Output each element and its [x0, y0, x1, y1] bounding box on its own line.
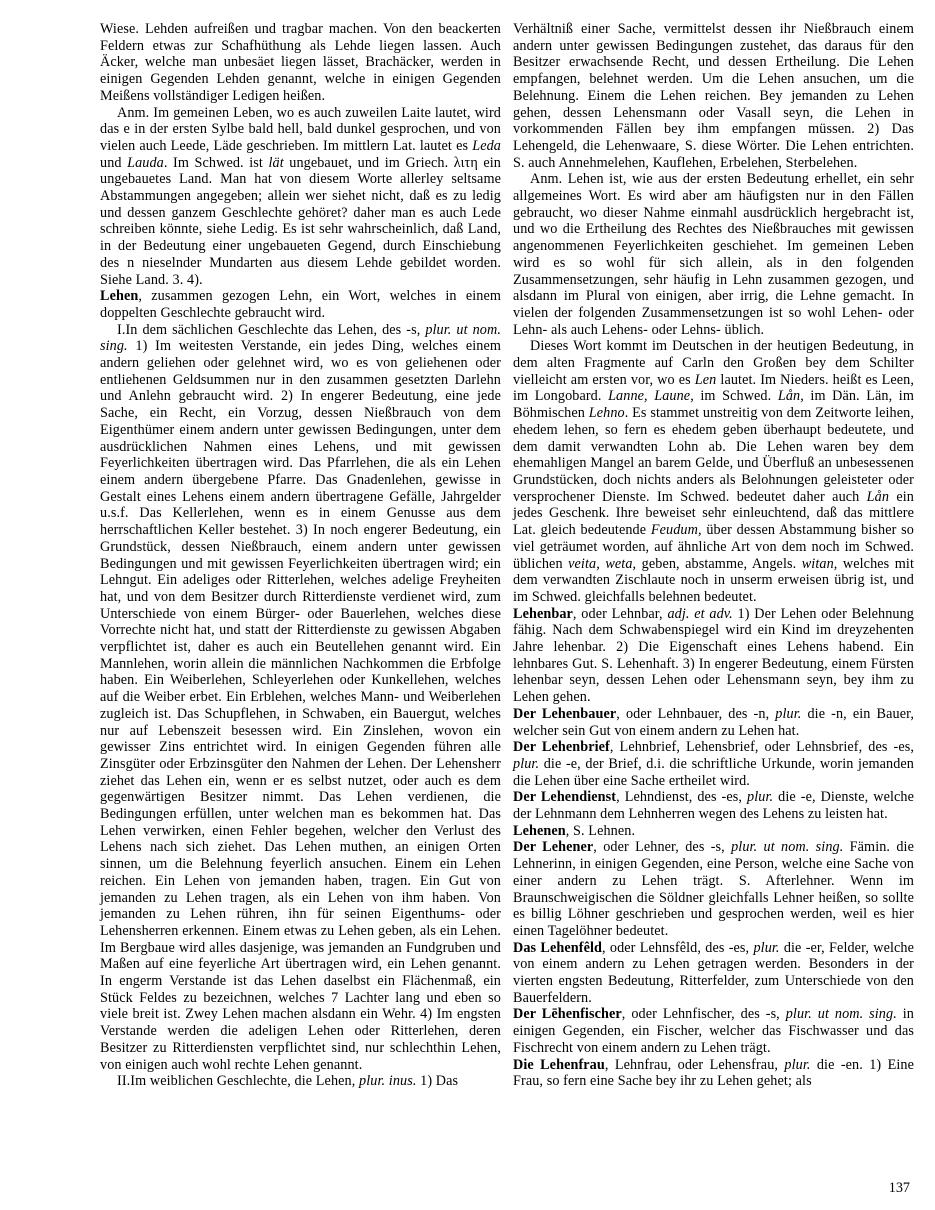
text-run: plur.	[775, 706, 801, 722]
text-run: , Lehndienst, des -es,	[616, 789, 747, 805]
headword: Der Lēhenfischer	[513, 1006, 622, 1022]
headword: Der Lehener	[513, 839, 593, 855]
headword: Der Lehenbauer	[513, 706, 616, 722]
text-run: adj. et adv.	[667, 606, 732, 622]
text-run: Lehno	[589, 405, 625, 421]
text-run: Leda	[472, 138, 501, 154]
headword: Lehenen	[513, 823, 566, 839]
entry-lehenbar: Lehenbar, oder Lehnbar, adj. et adv. 1) …	[513, 606, 914, 706]
continuation-lehde: Wiese. Lehden aufreißen und tragbar mach…	[100, 21, 501, 105]
left-column: Wiese. Lehden aufreißen und tragbar mach…	[100, 21, 501, 1090]
text-run: , oder Lehnbar,	[573, 606, 668, 622]
text-run: Wiese. Lehden aufreißen und tragbar mach…	[100, 21, 501, 104]
text-run: Len	[695, 372, 717, 388]
text-run: plur.	[513, 756, 539, 772]
text-run: plur.	[753, 940, 779, 956]
headword: Der Lehenbrief	[513, 739, 610, 755]
text-run: plur. ut nom. sing.	[731, 839, 843, 855]
right-column: Verhältniß einer Sache, vermittelst dess…	[513, 21, 914, 1090]
text-run: , S. Lehnen.	[566, 823, 635, 839]
text-run: , oder Lehnfischer, des -s,	[622, 1006, 786, 1022]
page-number: 137	[513, 1180, 910, 1197]
text-run: ungebauet, und im Griech. λιτη ein ungeb…	[100, 155, 501, 288]
entry-lehenen: Lehenen, S. Lehnen.	[513, 823, 914, 840]
headword: Lehenbar	[513, 606, 573, 622]
headword: Das Lehenfêld	[513, 940, 602, 956]
entry-lehener: Der Lehener, oder Lehner, des -s, plur. …	[513, 839, 914, 939]
etymology-lehen: Dieses Wort kommt im Deutschen in der he…	[513, 338, 914, 605]
text-run: plur. inus.	[359, 1073, 416, 1089]
text-run: , Lehnfrau, oder Lehensfrau,	[605, 1057, 785, 1073]
entry-lehen: Lehen, zusammen gezogen Lehn, ein Wort, …	[100, 288, 501, 321]
text-run: Lauda	[127, 155, 164, 171]
entry-lehenbrief: Der Lehenbrief, Lehnbrief, Lehensbrief, …	[513, 739, 914, 789]
text-run: Lanne, Laune,	[608, 388, 694, 404]
text-run: I.In dem sächlichen Geschlechte das Lehe…	[117, 322, 425, 338]
entry-lehenfischer: Der Lēhenfischer, oder Lehnfischer, des …	[513, 1006, 914, 1056]
text-run: im Schwed.	[694, 388, 778, 404]
anm-lehen: Anm. Lehen ist, wie aus der ersten Bedeu…	[513, 171, 914, 338]
text-run: , oder Lehner, des -s,	[593, 839, 731, 855]
continuation-lehen-II: Verhältniß einer Sache, vermittelst dess…	[513, 21, 914, 171]
headword: Lehen	[100, 288, 138, 304]
text-run: II.Im weiblichen Geschlechte, die Lehen,	[117, 1073, 359, 1089]
text-run: , Lehnbrief, Lehensbrief, oder Lehnsbrie…	[610, 739, 914, 755]
text-run: , oder Lehnbauer, des -n,	[616, 706, 775, 722]
anm-lehde: Anm. Im gemeinen Leben, wo es auch zuwei…	[100, 105, 501, 289]
entry-lehenfrau: Die Lehenfrau, Lehnfrau, oder Lehensfrau…	[513, 1057, 914, 1090]
text-run: plur. ut nom. sing.	[786, 1006, 897, 1022]
text-run: Anm. Im gemeinen Leben, wo es auch zuwei…	[100, 105, 501, 154]
text-run: 1) Im weitesten Verstande, ein jedes Din…	[100, 338, 501, 1072]
text-run: die -e, der Brief, d.i. die schriftliche…	[513, 756, 914, 789]
text-run: Feudum,	[651, 522, 702, 538]
text-run: plur.	[747, 789, 773, 805]
entry-lehendienst: Der Lehendienst, Lehndienst, des -es, pl…	[513, 789, 914, 822]
text-run: Verhältniß einer Sache, vermittelst dess…	[513, 21, 914, 171]
text-run: witan,	[802, 556, 838, 572]
headword: Die Lehenfrau	[513, 1057, 605, 1073]
text-run: Anm. Lehen ist, wie aus der ersten Bedeu…	[513, 171, 914, 337]
section-II-lehen: II.Im weiblichen Geschlechte, die Lehen,…	[100, 1073, 501, 1090]
text-run: Lån,	[778, 388, 804, 404]
entry-lehenfeld: Das Lehenfêld, oder Lehnsfêld, des -es, …	[513, 940, 914, 1007]
dictionary-page: Wiese. Lehden aufreißen und tragbar mach…	[0, 0, 935, 1210]
text-run: 1) Das	[417, 1073, 459, 1089]
text-run: , oder Lehnsfêld, des -es,	[602, 940, 753, 956]
text-run: , zusammen gezogen Lehn, ein Wort, welch…	[100, 288, 501, 321]
entry-lehenbauer: Der Lehenbauer, oder Lehnbauer, des -n, …	[513, 706, 914, 739]
text-run: Lån	[867, 489, 889, 505]
text-run: veita, weta,	[568, 556, 636, 572]
text-run: geben, abstamme, Angels.	[636, 556, 802, 572]
text-run: . Im Schwed. ist	[164, 155, 269, 171]
headword: Der Lehendienst	[513, 789, 616, 805]
text-run: lät	[268, 155, 283, 171]
text-run: plur.	[784, 1057, 810, 1073]
section-I-lehen: I.In dem sächlichen Geschlechte das Lehe…	[100, 322, 501, 1074]
text-run: und	[100, 155, 127, 171]
